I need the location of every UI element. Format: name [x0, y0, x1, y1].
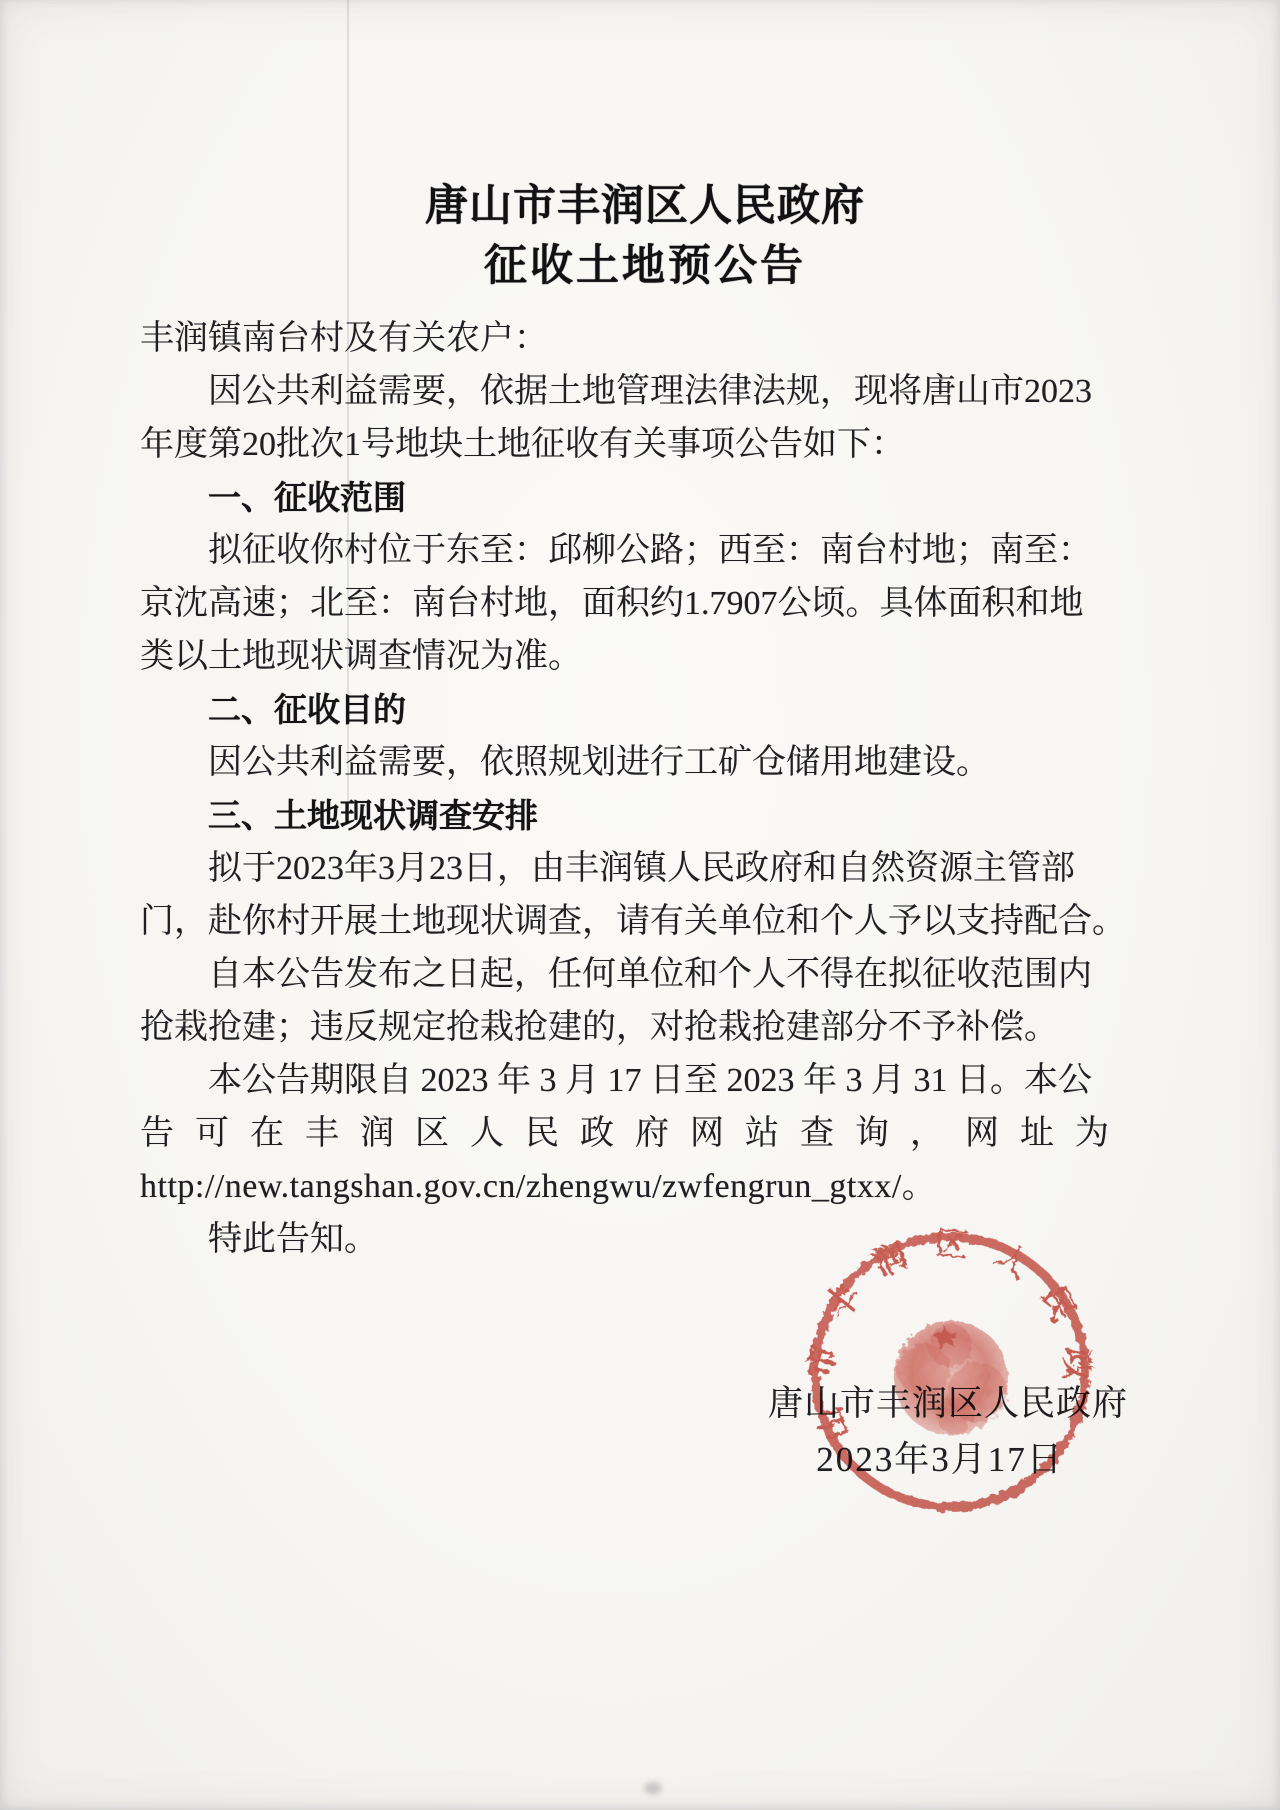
official-seal: 唐山市丰润区人民政府 [783, 1205, 1117, 1539]
scan-smudge [644, 1782, 662, 1794]
intro-line-2: 年度第20批次1号地块土地征收有关事项公告如下： [140, 418, 1112, 471]
website-url: http://new.tangshan.gov.cn/zhengwu/zwfen… [140, 1160, 1112, 1213]
scanned-document-page: 唐山市丰润区人民政府 征收土地预公告 丰润镇南台村及有关农户： 因公共利益需要，… [0, 0, 1280, 1810]
notice-line-2: 抢栽抢建；违反规定抢栽抢建的，对抢栽抢建部分不予补偿。 [140, 1001, 1112, 1054]
document-title: 唐山市丰润区人民政府 征收土地预公告 [150, 178, 1140, 298]
title-line-1: 唐山市丰润区人民政府 [150, 178, 1140, 236]
section3-line-2: 门，赴你村开展土地现状调查，请有关单位和个人予以支持配合。 [140, 895, 1112, 948]
section2-line-1: 因公共利益需要，依照规划进行工矿仓储用地建设。 [140, 736, 1112, 789]
document-body: 丰润镇南台村及有关农户： 因公共利益需要，依据土地管理法律法规，现将唐山市202… [140, 312, 1112, 1266]
section3-line-1: 拟于2023年3月23日，由丰润镇人民政府和自然资源主管部 [140, 842, 1112, 895]
seal-graphic: 唐山市丰润区人民政府 [783, 1205, 1117, 1530]
section-heading-1: 一、征收范围 [140, 471, 1112, 524]
section-heading-3: 三、土地现状调查安排 [140, 789, 1112, 842]
section-heading-2: 二、征收目的 [140, 683, 1112, 736]
section1-line-1: 拟征收你村位于东至：邱柳公路；西至：南台村地；南至： [140, 524, 1112, 577]
period-line-2: 告可在丰润区人民政府网站查询，网址为 [140, 1107, 1112, 1160]
salutation-line: 丰润镇南台村及有关农户： [140, 312, 1112, 365]
intro-line-1: 因公共利益需要，依据土地管理法律法规，现将唐山市2023 [140, 365, 1112, 418]
notice-line-1: 自本公告发布之日起，任何单位和个人不得在拟征收范围内 [140, 948, 1112, 1001]
section1-line-2: 京沈高速；北至：南台村地，面积约1.7907公顷。具体面积和地 [140, 577, 1112, 630]
section1-line-3: 类以土地现状调查情况为准。 [140, 630, 1112, 683]
period-line-1: 本公告期限自 2023 年 3 月 17 日至 2023 年 3 月 31 日。… [140, 1054, 1112, 1107]
title-line-2: 征收土地预公告 [150, 236, 1140, 298]
